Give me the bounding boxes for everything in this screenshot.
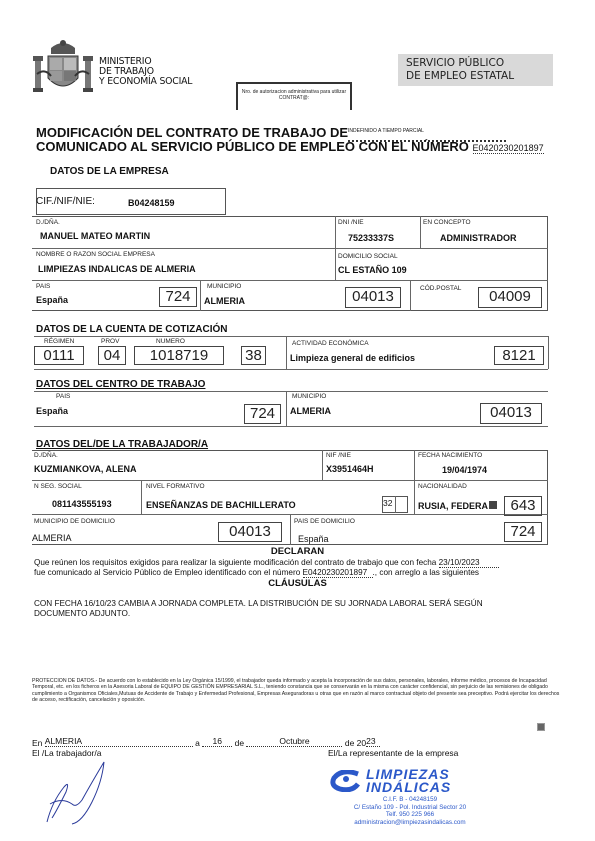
- de-20-label: de 20: [345, 738, 366, 748]
- nivel-formativo-value: ENSEÑANZAS DE BACHILLERATO: [146, 500, 296, 510]
- nacionalidad-code: 643: [504, 496, 542, 516]
- prov-value: 04: [98, 346, 126, 365]
- fecha-nacimiento-label: FECHA NACIMIENTO: [418, 452, 482, 459]
- stamp-email: administracion@limpiezasindalicas.com: [330, 819, 490, 827]
- domicilio-value: CL ESTAÑO 109: [338, 265, 407, 275]
- section-title-centro: DATOS DEL CENTRO DE TRABAJO: [36, 379, 205, 390]
- dia-field: 16: [202, 736, 232, 747]
- pais-code: 724: [159, 287, 197, 307]
- dni-value: 75233337S: [348, 233, 394, 243]
- razon-social-label: NOMBRE O RAZON SOCIAL EMPRESA: [36, 251, 155, 258]
- centro-pais-code: 724: [244, 404, 281, 424]
- municipio-domicilio-code: 04013: [218, 522, 282, 542]
- dia-value: 16: [213, 736, 222, 746]
- declaran-fecha: 23/10/2023: [439, 558, 499, 568]
- de-label: de: [235, 738, 244, 748]
- anio-value: 23: [366, 736, 375, 746]
- stamp-cif: C.I.F. B - 04248159: [330, 796, 490, 804]
- authorization-box: Nro. de autorizacion administrativa para…: [236, 82, 352, 110]
- rep-value: MANUEL MATEO MARTIN: [40, 231, 150, 241]
- contract-type-value: INDEFINIDO A TIEMPO PARCIAL: [348, 128, 424, 134]
- section-title-cotizacion: DATOS DE LA CUENTA DE COTIZACIÓN: [36, 324, 227, 335]
- empresa-signature-label: El/La representante de la empresa: [328, 748, 458, 758]
- municipio-value: ALMERIA: [204, 296, 245, 306]
- spain-coat-of-arms-icon: [33, 38, 93, 96]
- title-prefix-2: COMUNICADO AL SERVICIO PÚBLICO DE EMPLEO…: [36, 139, 469, 154]
- clausulas-heading: CLÁUSULAS: [0, 578, 595, 589]
- cif-value: B04248159: [128, 198, 175, 208]
- numero-value: 1018719: [134, 346, 224, 365]
- declaran-text-1: Que reúnen los requisitos exigidos para …: [34, 558, 436, 567]
- nivel-formativo-code: 32: [383, 498, 392, 508]
- cif-label: CIF./NIF/NIE:: [36, 196, 95, 207]
- actividad-label: ACTIVIDAD ECONÓMICA: [292, 340, 369, 347]
- section-title-empresa: DATOS DE LA EMPRESA: [50, 166, 169, 177]
- domicilio-label: DOMICILIO SOCIAL: [338, 253, 398, 260]
- trabajador-nombre-value: KUZMIANKOVA, ALENA: [34, 464, 137, 474]
- fecha-nacimiento-value: 19/04/1974: [442, 465, 487, 475]
- clausulas-heading-wrap: CLÁUSULAS: [0, 578, 595, 589]
- cod-postal-value: 04009: [478, 287, 542, 308]
- worker-signature-icon: [42, 752, 117, 832]
- municipio-domicilio-value: ALMERIA: [32, 533, 72, 543]
- mes-field: Octubre: [246, 736, 342, 747]
- trabajador-nombre-label: D./DÑA.: [34, 452, 58, 459]
- nivel-formativo-label: NIVEL FORMATIVO: [146, 483, 205, 490]
- dc-value: 38: [241, 346, 266, 365]
- agency-line-1: SERVICIO PÚBLICO: [406, 57, 553, 70]
- declaran-heading: DECLARAN: [0, 546, 595, 557]
- centro-municipio-code: 04013: [480, 403, 542, 424]
- dropdown-arrow-icon[interactable]: [489, 501, 497, 509]
- mes-value: Octubre: [279, 736, 309, 746]
- nss-label: N SEG. SOCIAL: [34, 483, 82, 490]
- declaran-heading-wrap: DECLARAN: [0, 546, 595, 557]
- ministry-line-3: Y ECONOMÍA SOCIAL: [99, 77, 192, 87]
- title-prefix: MODIFICACIÓN DEL CONTRATO DE TRABAJO DE: [36, 125, 348, 140]
- lugar-field: ALMERIA: [45, 736, 193, 747]
- signature-place-date: En ALMERIA a 16 de Octubre de 2023: [32, 736, 380, 748]
- lugar-value: ALMERIA: [45, 736, 82, 746]
- centro-pais-label: PAIS: [56, 393, 70, 400]
- numero-label: NUMERO: [156, 338, 185, 345]
- nacionalidad-value: RUSIA, FEDERA: [418, 501, 488, 511]
- pais-label: PAIS: [36, 283, 50, 290]
- actividad-value: Limpieza general de edificios: [290, 353, 415, 363]
- data-protection-notice: PROTECCION DE DATOS.- De acuerdo con lo …: [32, 678, 562, 704]
- dni-label: DNI /NIE: [338, 219, 364, 226]
- actividad-code: 8121: [494, 346, 544, 365]
- en-label: En: [32, 738, 42, 748]
- municipio-code: 04013: [345, 287, 401, 308]
- razon-social-value: LIMPIEZAS INDALICAS DE ALMERIA: [38, 264, 196, 274]
- a-label: a: [195, 738, 200, 748]
- cod-postal-label: CÓD.POSTAL: [420, 285, 461, 292]
- concepto-label: EN CONCEPTO: [423, 219, 471, 226]
- stamp-phone: Telf. 950 225 966: [330, 811, 490, 819]
- trabajador-nif-label: NIF /NIE: [326, 452, 351, 459]
- pais-domicilio-value: España: [298, 534, 329, 544]
- stamp-brand-line-2: INDÁLICAS: [366, 781, 490, 794]
- municipio-domicilio-label: MUNICIPIO DE DOMICILIO: [34, 518, 115, 525]
- prov-label: PROV: [101, 338, 119, 345]
- clausula-text-1: CON FECHA 16/10/23 CAMBIA A JORNADA COMP…: [34, 599, 483, 608]
- authorization-label: Nro. de autorizacion administrativa para…: [242, 89, 346, 101]
- pais-domicilio-code: 724: [504, 522, 542, 542]
- nacionalidad-label: NACIONALIDAD: [418, 483, 467, 490]
- pais-domicilio-label: PAIS DE DOMICILIO: [294, 518, 355, 525]
- anio-field: 23: [366, 736, 380, 747]
- declaran-line-2: fue comunicado al Servicio Público de Em…: [34, 568, 479, 578]
- regimen-value: 0111: [34, 346, 84, 365]
- communication-number-value: E0420230201897: [473, 143, 544, 154]
- centro-municipio-value: ALMERIA: [290, 406, 331, 416]
- ministry-name: MINISTERIO DE TRABAJO Y ECONOMÍA SOCIAL: [99, 57, 192, 87]
- nss-value: 081143555193: [52, 499, 112, 509]
- company-stamp: LIMPIEZAS INDÁLICAS C.I.F. B - 04248159 …: [330, 768, 490, 826]
- pais-value: España: [36, 295, 68, 305]
- centro-pais-value: España: [36, 406, 68, 416]
- municipio-label: MUNICIPIO: [207, 283, 241, 290]
- regimen-label: RÉGIMEN: [44, 338, 74, 345]
- trabajador-nif-value: X3951464H: [326, 464, 374, 474]
- agency-name-box: SERVICIO PÚBLICO DE EMPLEO ESTATAL: [398, 54, 553, 86]
- declaran-text-2-suffix: ., con arreglo a las siguientes: [373, 568, 480, 577]
- document-title-line-2: COMUNICADO AL SERVICIO PÚBLICO DE EMPLEO…: [36, 139, 544, 154]
- declaran-text-2: fue comunicado al Servicio Público de Em…: [34, 568, 300, 577]
- centro-municipio-label: MUNICIPIO: [292, 393, 326, 400]
- agency-line-2: DE EMPLEO ESTATAL: [406, 70, 553, 83]
- declaran-line-1: Que reúnen los requisitos exigidos para …: [34, 558, 499, 568]
- section-title-trabajador: DATOS DEL/DE LA TRABAJADOR/A: [36, 439, 208, 450]
- rep-label: D./DÑA.: [36, 219, 60, 226]
- small-square-icon: [537, 723, 545, 731]
- concepto-value: ADMINISTRADOR: [440, 233, 517, 243]
- clausula-text-2: DOCUMENTO ADJUNTO.: [34, 609, 130, 618]
- stamp-address: C/ Estaño 109 - Pol. Industrial Sector 2…: [330, 804, 490, 812]
- company-logo-icon: [330, 770, 362, 792]
- declaran-numero: E0420230201897: [303, 568, 373, 578]
